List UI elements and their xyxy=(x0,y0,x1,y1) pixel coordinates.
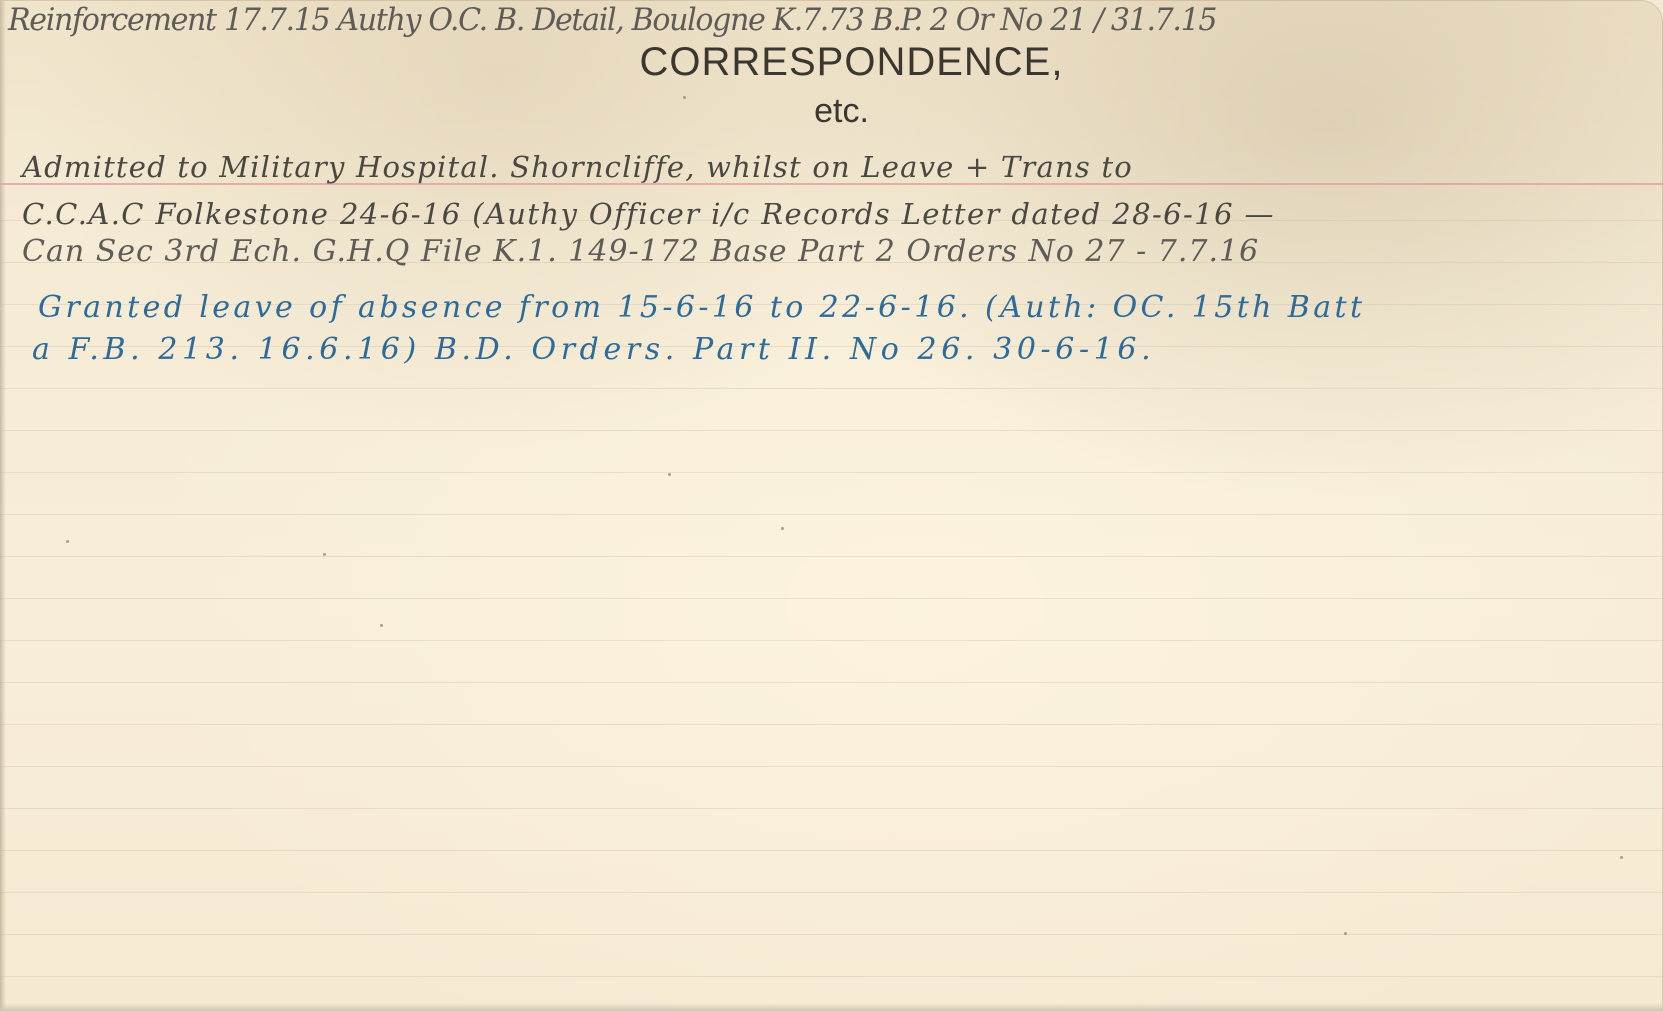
ruled-line xyxy=(0,724,1663,725)
paper-speck xyxy=(66,540,69,543)
ruled-line xyxy=(0,850,1663,851)
ruled-line xyxy=(0,514,1663,515)
ruled-line xyxy=(0,766,1663,767)
ruled-line xyxy=(0,556,1663,557)
ruled-line xyxy=(0,682,1663,683)
entry-admitted-hospital: Admitted to Military Hospital. Shornclif… xyxy=(22,150,1133,184)
paper-speck xyxy=(668,473,671,476)
ruled-line xyxy=(0,934,1663,935)
entry-base-orders: Can Sec 3rd Ech. G.H.Q File K.1. 149-172… xyxy=(22,234,1259,269)
card-bottom-edge xyxy=(0,1003,1663,1011)
ruled-line xyxy=(0,976,1663,977)
ruled-line xyxy=(0,808,1663,809)
ruled-line xyxy=(0,472,1663,473)
card-left-edge xyxy=(0,0,6,1011)
card-subheading: etc. xyxy=(10,92,1663,131)
ruled-line xyxy=(0,388,1663,389)
card-heading: CORRESPONDENCE, xyxy=(0,40,1663,85)
paper-speck xyxy=(1344,932,1347,935)
entry-folkestone: C.C.A.C Folkestone 24-6-16 (Authy Office… xyxy=(22,197,1275,231)
entry-bd-orders: a F.B. 213. 16.6.16) B.D. Orders. Part I… xyxy=(32,332,1155,367)
paper-speck xyxy=(781,527,784,530)
paper-speck xyxy=(323,553,326,556)
ruled-line xyxy=(0,598,1663,599)
paper-speck xyxy=(1620,856,1623,859)
record-card: CORRESPONDENCE, etc. Reinforcement 17.7.… xyxy=(0,0,1663,1011)
entry-leave-granted: Granted leave of absence from 15-6-16 to… xyxy=(38,290,1365,325)
ruled-line xyxy=(0,640,1663,641)
ruled-line xyxy=(0,430,1663,431)
entry-reinforcement: Reinforcement 17.7.15 Authy O.C. B. Deta… xyxy=(8,2,1216,38)
ruled-line xyxy=(0,892,1663,893)
paper-speck xyxy=(380,624,383,627)
